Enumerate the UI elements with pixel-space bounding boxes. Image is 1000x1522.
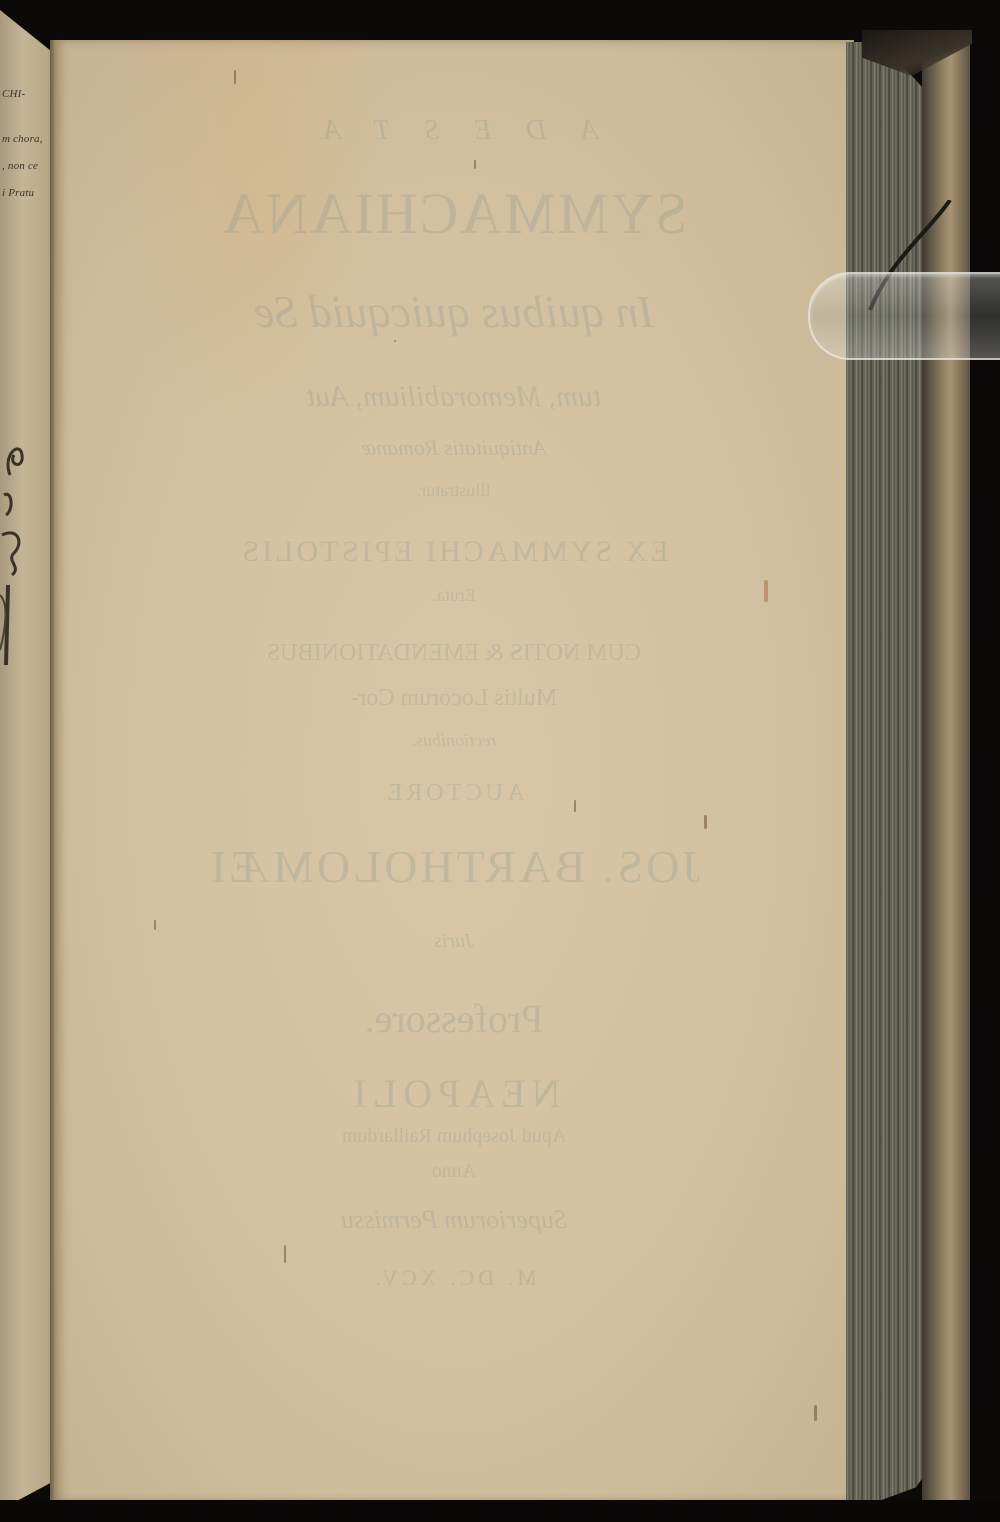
show-through-line: Juris xyxy=(54,930,854,953)
show-through-line: Anno xyxy=(54,1160,854,1183)
show-through-line: NEAPOLI xyxy=(54,1070,854,1117)
left-page: CHI- m chora, , non ce i Pratu xyxy=(0,10,56,1510)
show-through-line: Professore. xyxy=(54,995,854,1042)
show-through-line: Multis Locorum Cor- xyxy=(54,685,854,712)
show-through-line: rectionibus. xyxy=(54,730,854,751)
paper-fleck xyxy=(814,1405,817,1421)
left-page-text-line: , non ce xyxy=(2,160,38,172)
show-through-line: EX SYMMACHI EPISTOLIS xyxy=(54,535,854,569)
paper-fleck xyxy=(234,70,236,84)
paper-fleck xyxy=(474,160,476,169)
left-page-text-line: CHI- xyxy=(2,88,25,100)
show-through-line: Apud Josephum Raillardum xyxy=(54,1125,854,1148)
paper-fleck xyxy=(394,340,396,342)
show-through-line: AUCTORE xyxy=(54,780,854,807)
background-shadow xyxy=(0,1500,1000,1522)
paper-fleck xyxy=(574,800,576,812)
show-through-line: CUM NOTIS & EMENDATIONIBUS xyxy=(54,640,854,667)
book-photo: CHI- m chora, , non ce i Pratu A D E S T… xyxy=(0,0,1000,1522)
left-page-text-line: i Pratu xyxy=(2,187,34,199)
show-through-line: M. DC. XCV. xyxy=(54,1265,854,1291)
floral-ornament-icon xyxy=(0,435,40,675)
show-through-line: SYMMACHIANA xyxy=(54,180,854,247)
show-through-line: A D E S T A xyxy=(54,115,854,147)
show-through-line: tum, Memorabilium, Aut xyxy=(54,380,854,414)
show-through-line: In quibus quicquid Se xyxy=(54,285,854,338)
paper-fleck xyxy=(764,580,768,602)
paper-fleck xyxy=(704,815,707,829)
show-through-line: Superiorum Permissu xyxy=(54,1205,854,1235)
show-through-line: JOS. BARTHOLOMÆI xyxy=(54,840,854,893)
left-page-text-line: m chora, xyxy=(2,133,43,145)
show-through-line: Antiquitatis Romanæ xyxy=(54,435,854,461)
paper-fleck xyxy=(284,1245,286,1263)
blank-verso-page: A D E S T A SYMMACHIANA In quibus quicqu… xyxy=(54,40,854,1504)
show-through-line: Illustratur. xyxy=(54,480,854,501)
paper-fleck xyxy=(154,920,156,930)
glass-page-weight xyxy=(808,272,1000,360)
show-through-line: Eruta. xyxy=(54,585,854,606)
